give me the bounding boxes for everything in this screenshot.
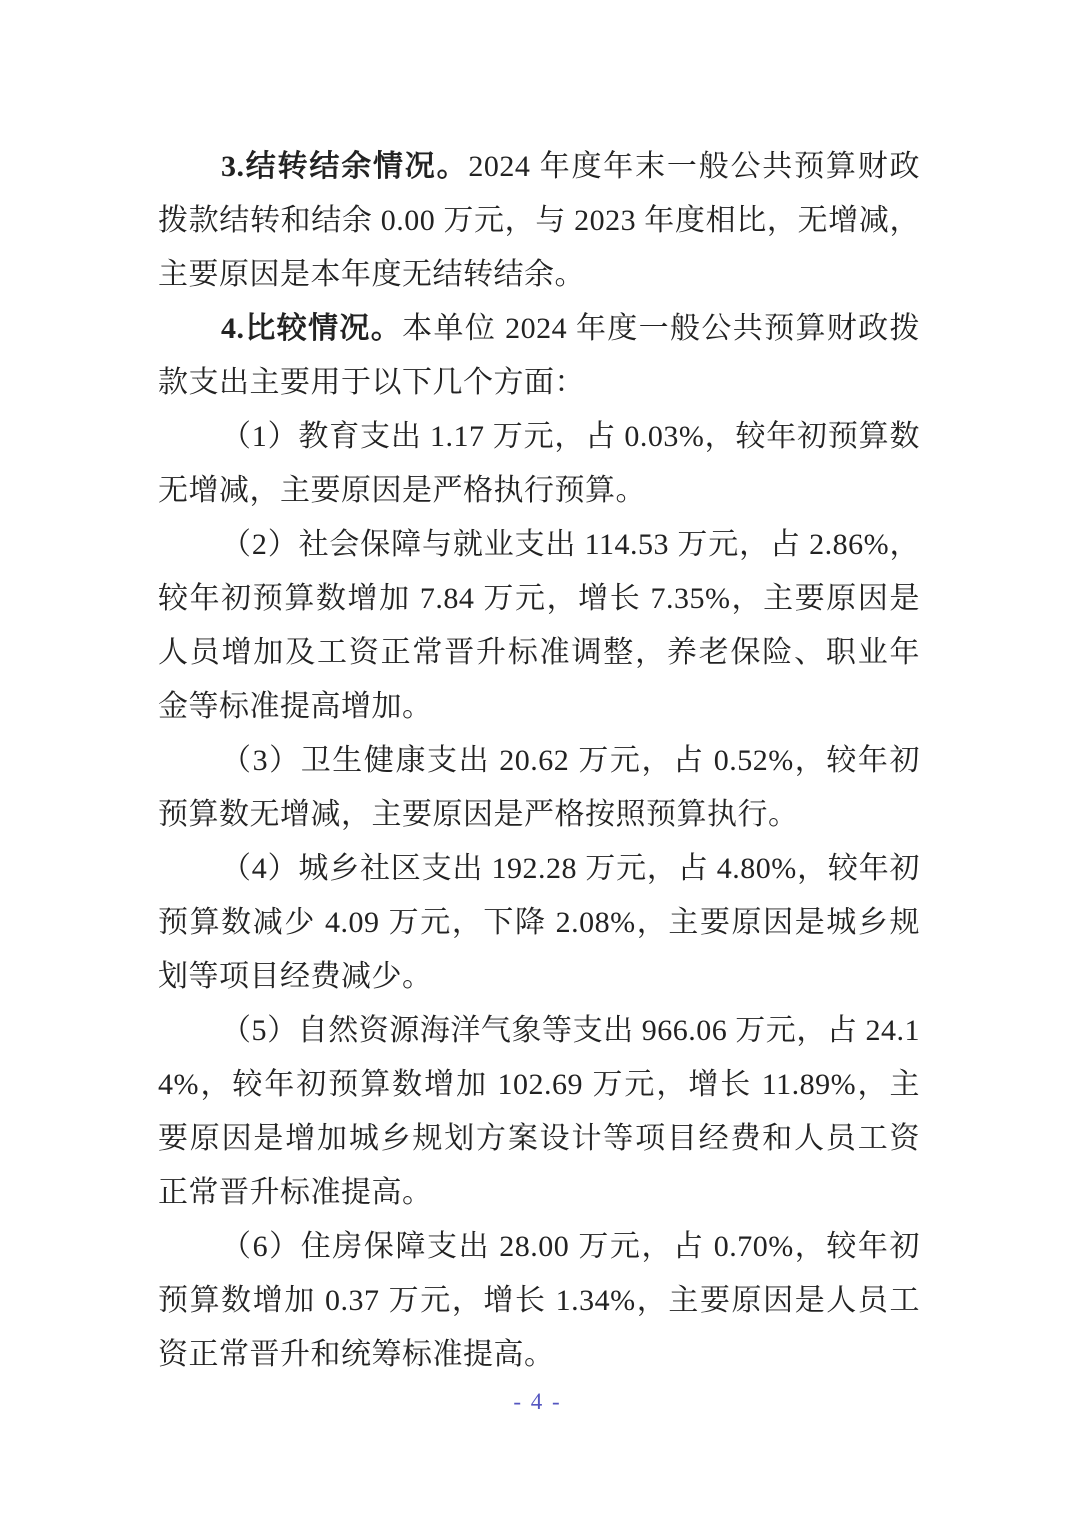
- paragraph-carryover: 3.结转结余情况。2024 年度年末一般公共预算财政拨款结转和结余 0.00 万…: [158, 140, 920, 302]
- paragraph-lead: 4.比较情况。: [221, 312, 402, 345]
- paragraph-text: （5）自然资源海洋气象等支出 966.06 万元，占 24.14%，较年初预算数…: [158, 1014, 920, 1209]
- paragraph-lead: 3.结转结余情况。: [221, 150, 468, 183]
- document-body: 3.结转结余情况。2024 年度年末一般公共预算财政拨款结转和结余 0.00 万…: [158, 140, 920, 1382]
- document-page: 3.结转结余情况。2024 年度年末一般公共预算财政拨款结转和结余 0.00 万…: [0, 0, 1075, 1520]
- paragraph-item-4-urban-rural: （4）城乡社区支出 192.28 万元，占 4.80%，较年初预算数减少 4.0…: [158, 842, 920, 1004]
- paragraph-text: （6）住房保障支出 28.00 万元，占 0.70%，较年初预算数增加 0.37…: [158, 1230, 920, 1371]
- paragraph-item-1-education: （1）教育支出 1.17 万元，占 0.03%，较年初预算数无增减，主要原因是严…: [158, 410, 920, 518]
- paragraph-item-6-housing: （6）住房保障支出 28.00 万元，占 0.70%，较年初预算数增加 0.37…: [158, 1220, 920, 1382]
- paragraph-item-2-social-security: （2）社会保障与就业支出 114.53 万元，占 2.86%，较年初预算数增加 …: [158, 518, 920, 734]
- paragraph-item-5-natural-resources: （5）自然资源海洋气象等支出 966.06 万元，占 24.14%，较年初预算数…: [158, 1004, 920, 1220]
- paragraph-text: （2）社会保障与就业支出 114.53 万元，占 2.86%，较年初预算数增加 …: [158, 528, 920, 723]
- page-number: - 4 -: [0, 1388, 1075, 1416]
- paragraph-text: （4）城乡社区支出 192.28 万元，占 4.80%，较年初预算数减少 4.0…: [158, 852, 920, 993]
- paragraph-text: （3）卫生健康支出 20.62 万元，占 0.52%，较年初预算数无增减，主要原…: [158, 744, 920, 831]
- paragraph-item-3-health: （3）卫生健康支出 20.62 万元，占 0.52%，较年初预算数无增减，主要原…: [158, 734, 920, 842]
- paragraph-text: （1）教育支出 1.17 万元，占 0.03%，较年初预算数无增减，主要原因是严…: [158, 420, 920, 507]
- paragraph-comparison: 4.比较情况。本单位 2024 年度一般公共预算财政拨款支出主要用于以下几个方面…: [158, 302, 920, 410]
